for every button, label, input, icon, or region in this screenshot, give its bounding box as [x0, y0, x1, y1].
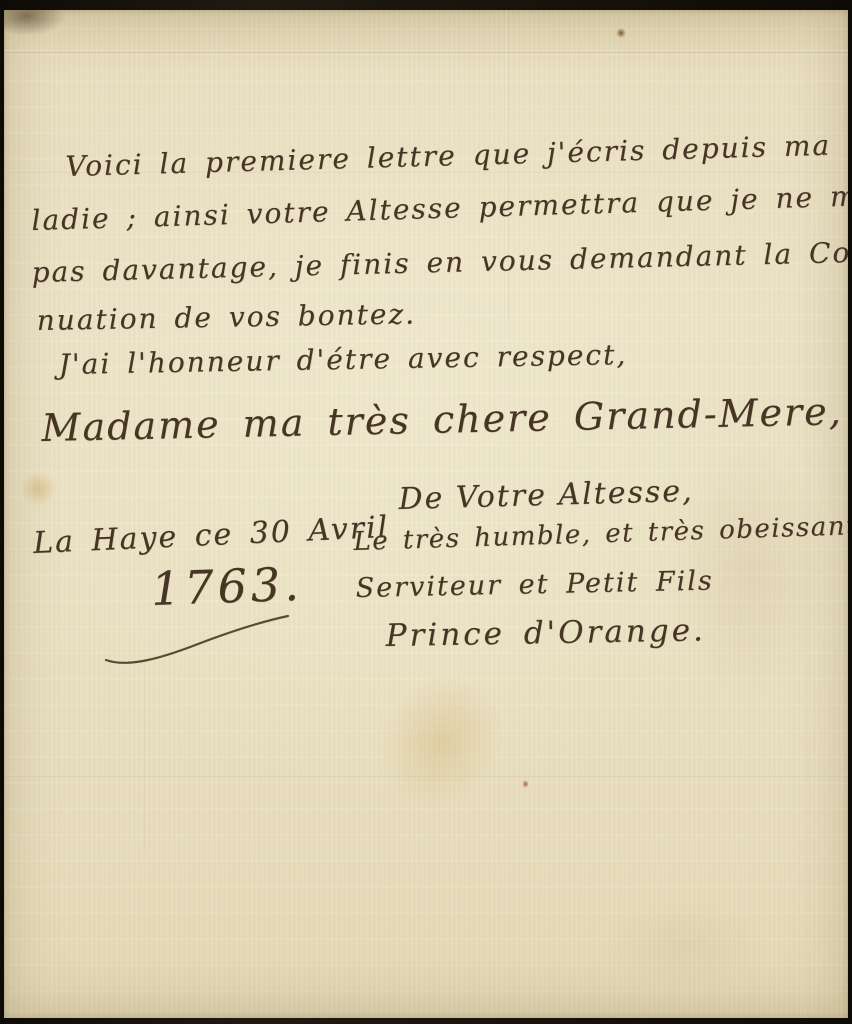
- closing-line-3: Serviteur et Petit Fils: [355, 566, 714, 604]
- top-speck-stain: [616, 28, 626, 38]
- left-margin-stain: [20, 472, 56, 506]
- closing-line-2: Le très humble, et très obeissant: [353, 511, 848, 557]
- letter-page: Voici la premiere lettre que j'écris dep…: [4, 10, 848, 1018]
- bottom-showthrough-ghost: [604, 900, 764, 990]
- dateline-place: La Haye ce 30 Avril: [32, 510, 390, 561]
- fold-crease-top: [4, 50, 848, 53]
- letter-line-5: J'ai l'honneur d'étre avec respect,: [58, 338, 627, 381]
- scanned-letter-image: Voici la premiere lettre que j'écris dep…: [0, 0, 852, 1024]
- dateline-year: 1763.: [150, 557, 303, 616]
- year-underline-flourish: [102, 606, 292, 668]
- signature-prince-orange: Prince d'Orange.: [385, 612, 706, 654]
- letter-line-2: ladie ; ainsi votre Altesse permettra qu…: [31, 176, 848, 237]
- fold-crease-lower: [4, 774, 848, 777]
- corner-smudge-stain: [4, 10, 66, 36]
- closing-line-1: De Votre Altesse,: [398, 474, 694, 517]
- letter-line-4: nuation de vos bontez.: [36, 297, 416, 337]
- red-speck-stain: [522, 780, 529, 788]
- fold-crease-vertical-left: [142, 660, 145, 850]
- letter-line-3: pas davantage, je finis en vous demandan…: [31, 234, 848, 289]
- letter-salutation: Madame ma très chere Grand-Mere,: [41, 389, 843, 450]
- center-water-stain: [356, 652, 528, 832]
- letter-line-1: Voici la premiere lettre que j'écris dep…: [65, 126, 848, 183]
